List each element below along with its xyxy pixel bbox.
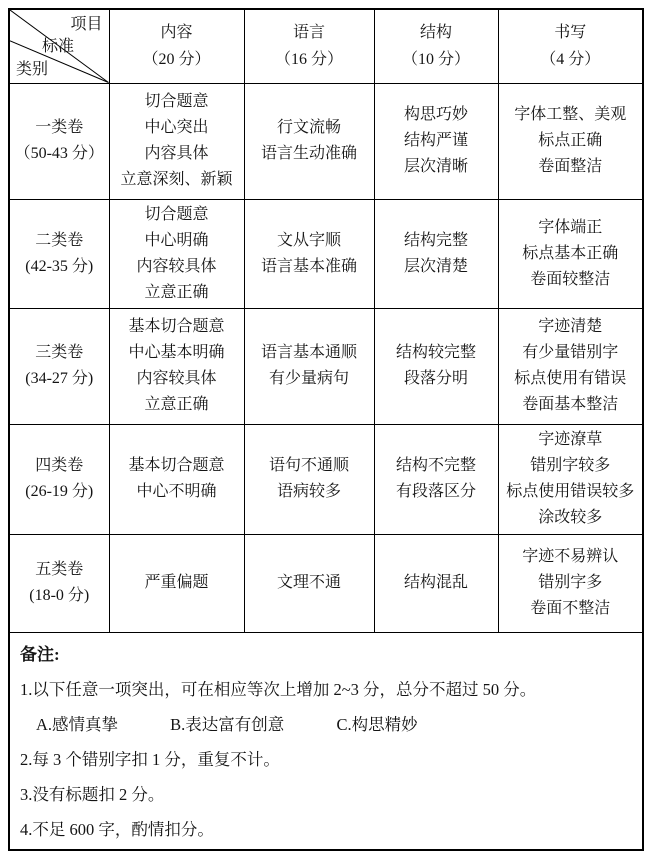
category-score: （50-43 分） bbox=[13, 141, 106, 167]
category-score: (26-19 分) bbox=[13, 479, 106, 505]
criteria-line: 内容较具体 bbox=[113, 366, 241, 392]
criteria-line: 标点使用有错误 bbox=[502, 366, 640, 392]
category-score: (34-27 分) bbox=[13, 366, 106, 392]
category-cell: 二类卷(42-35 分) bbox=[9, 199, 109, 308]
criteria-line: 有段落区分 bbox=[378, 479, 495, 505]
criteria-line: 错别字多 bbox=[502, 570, 640, 596]
criteria-line: 内容较具体 bbox=[113, 254, 241, 280]
criteria-line: 段落分明 bbox=[378, 366, 495, 392]
criteria-line: 卷面较整洁 bbox=[502, 267, 640, 293]
note-item-1: 1.以下任意一项突出，可在相应等次上增加 2~3 分，总分不超过 50 分。 bbox=[20, 677, 630, 703]
criteria-line: 中心不明确 bbox=[113, 479, 241, 505]
criteria-line: 结构严谨 bbox=[378, 128, 495, 154]
rubric-table: 项目 标准 类别 内容 （20 分） 语言 （16 分） 结构 （10 分） bbox=[8, 8, 644, 851]
criteria-line: 字体工整、美观 bbox=[502, 102, 640, 128]
criteria-line: 层次清楚 bbox=[378, 254, 495, 280]
notes-row: 备注: 1.以下任意一项突出，可在相应等次上增加 2~3 分，总分不超过 50 … bbox=[9, 632, 643, 850]
category-label: 一类卷 bbox=[13, 115, 106, 141]
note-option-c: C.构思精妙 bbox=[336, 715, 417, 734]
criteria-line: 语句不通顺 bbox=[248, 453, 371, 479]
writing-criteria-cell: 字迹潦草错别字较多标点使用错误较多涂改较多 bbox=[498, 424, 643, 534]
note-item-3: 3.没有标题扣 2 分。 bbox=[20, 782, 630, 808]
structure-criteria-cell: 结构混乱 bbox=[374, 534, 498, 632]
criteria-line: 立意正确 bbox=[113, 392, 241, 418]
page: 项目 标准 类别 内容 （20 分） 语言 （16 分） 结构 （10 分） bbox=[0, 0, 652, 852]
criteria-line: 切合题意 bbox=[113, 202, 241, 228]
criteria-line: 语言基本准确 bbox=[248, 254, 371, 280]
criteria-line: 涂改较多 bbox=[502, 505, 640, 531]
criteria-line: 字迹清楚 bbox=[502, 314, 640, 340]
language-criteria-cell: 行文流畅语言生动准确 bbox=[244, 83, 374, 199]
criteria-line: 结构混乱 bbox=[378, 570, 495, 596]
criteria-line: 卷面不整洁 bbox=[502, 596, 640, 622]
category-cell: 三类卷(34-27 分) bbox=[9, 308, 109, 424]
column-title: 语言 bbox=[248, 19, 371, 46]
criteria-line: 立意深刻、新颖 bbox=[113, 167, 241, 193]
note-item-2: 2.每 3 个错别字扣 1 分，重复不计。 bbox=[20, 747, 630, 773]
criteria-line: 立意正确 bbox=[113, 280, 241, 306]
structure-criteria-cell: 结构不完整有段落区分 bbox=[374, 424, 498, 534]
category-label: 三类卷 bbox=[13, 340, 106, 366]
criteria-line: 内容具体 bbox=[113, 141, 241, 167]
criteria-line: 字迹不易辨认 bbox=[502, 544, 640, 570]
criteria-line: 标点基本正确 bbox=[502, 241, 640, 267]
table-row: 二类卷(42-35 分)切合题意中心明确内容较具体立意正确文从字顺语言基本准确结… bbox=[9, 199, 643, 308]
criteria-line: 层次清晰 bbox=[378, 154, 495, 180]
category-label: 二类卷 bbox=[13, 228, 106, 254]
criteria-line: 结构不完整 bbox=[378, 453, 495, 479]
criteria-line: 字迹潦草 bbox=[502, 427, 640, 453]
criteria-line: 错别字较多 bbox=[502, 453, 640, 479]
column-score: （4 分） bbox=[502, 46, 640, 73]
corner-label-project: 项目 bbox=[70, 15, 102, 35]
language-criteria-cell: 语句不通顺语病较多 bbox=[244, 424, 374, 534]
category-label: 五类卷 bbox=[13, 557, 106, 583]
category-cell: 五类卷(18-0 分) bbox=[9, 534, 109, 632]
table-row: 五类卷(18-0 分)严重偏题文理不通结构混乱字迹不易辨认错别字多卷面不整洁 bbox=[9, 534, 643, 632]
criteria-line: 基本切合题意 bbox=[113, 453, 241, 479]
column-header-structure: 结构 （10 分） bbox=[374, 9, 498, 83]
criteria-line: 语病较多 bbox=[248, 479, 371, 505]
writing-criteria-cell: 字体端正标点基本正确卷面较整洁 bbox=[498, 199, 643, 308]
note-item-4: 4.不足 600 字，酌情扣分。 bbox=[20, 817, 630, 843]
criteria-line: 卷面整洁 bbox=[502, 154, 640, 180]
table-row: 四类卷(26-19 分)基本切合题意中心不明确语句不通顺语病较多结构不完整有段落… bbox=[9, 424, 643, 534]
criteria-line: 语言基本通顺 bbox=[248, 340, 371, 366]
note-option-a: A.感情真挚 bbox=[36, 715, 118, 734]
table-row: 一类卷（50-43 分）切合题意中心突出内容具体立意深刻、新颖行文流畅语言生动准… bbox=[9, 83, 643, 199]
category-cell: 四类卷(26-19 分) bbox=[9, 424, 109, 534]
writing-criteria-cell: 字迹清楚有少量错别字标点使用有错误卷面基本整洁 bbox=[498, 308, 643, 424]
column-title: 书写 bbox=[502, 19, 640, 46]
criteria-line: 字体端正 bbox=[502, 215, 640, 241]
criteria-line: 行文流畅 bbox=[248, 115, 371, 141]
content-criteria-cell: 基本切合题意中心不明确 bbox=[109, 424, 244, 534]
column-score: （20 分） bbox=[113, 46, 241, 73]
column-header-content: 内容 （20 分） bbox=[109, 9, 244, 83]
content-criteria-cell: 切合题意中心明确内容较具体立意正确 bbox=[109, 199, 244, 308]
corner-label-category: 类别 bbox=[16, 60, 48, 80]
criteria-line: 有少量病句 bbox=[248, 366, 371, 392]
column-header-language: 语言 （16 分） bbox=[244, 9, 374, 83]
category-cell: 一类卷（50-43 分） bbox=[9, 83, 109, 199]
rubric-table-notes: 备注: 1.以下任意一项突出，可在相应等次上增加 2~3 分，总分不超过 50 … bbox=[9, 632, 643, 850]
structure-criteria-cell: 结构完整层次清楚 bbox=[374, 199, 498, 308]
writing-criteria-cell: 字体工整、美观标点正确卷面整洁 bbox=[498, 83, 643, 199]
column-score: （16 分） bbox=[248, 46, 371, 73]
criteria-line: 结构完整 bbox=[378, 228, 495, 254]
column-title: 结构 bbox=[378, 19, 495, 46]
criteria-line: 中心基本明确 bbox=[113, 340, 241, 366]
content-criteria-cell: 严重偏题 bbox=[109, 534, 244, 632]
corner-label-standard: 标准 bbox=[42, 37, 74, 57]
note-option-b: B.表达富有创意 bbox=[170, 715, 284, 734]
category-label: 四类卷 bbox=[13, 453, 106, 479]
language-criteria-cell: 文从字顺语言基本准确 bbox=[244, 199, 374, 308]
structure-criteria-cell: 构思巧妙结构严谨层次清晰 bbox=[374, 83, 498, 199]
criteria-line: 结构较完整 bbox=[378, 340, 495, 366]
criteria-line: 有少量错别字 bbox=[502, 340, 640, 366]
criteria-line: 文从字顺 bbox=[248, 228, 371, 254]
column-title: 内容 bbox=[113, 19, 241, 46]
category-score: (42-35 分) bbox=[13, 254, 106, 280]
content-criteria-cell: 基本切合题意中心基本明确内容较具体立意正确 bbox=[109, 308, 244, 424]
writing-criteria-cell: 字迹不易辨认错别字多卷面不整洁 bbox=[498, 534, 643, 632]
criteria-line: 卷面基本整洁 bbox=[502, 392, 640, 418]
column-score: （10 分） bbox=[378, 46, 495, 73]
header-row: 项目 标准 类别 内容 （20 分） 语言 （16 分） 结构 （10 分） bbox=[9, 9, 643, 83]
structure-criteria-cell: 结构较完整段落分明 bbox=[374, 308, 498, 424]
rubric-table-header: 项目 标准 类别 内容 （20 分） 语言 （16 分） 结构 （10 分） bbox=[9, 9, 643, 83]
table-row: 三类卷(34-27 分)基本切合题意中心基本明确内容较具体立意正确语言基本通顺有… bbox=[9, 308, 643, 424]
rubric-table-body: 一类卷（50-43 分）切合题意中心突出内容具体立意深刻、新颖行文流畅语言生动准… bbox=[9, 83, 643, 632]
language-criteria-cell: 语言基本通顺有少量病句 bbox=[244, 308, 374, 424]
criteria-line: 中心突出 bbox=[113, 115, 241, 141]
category-score: (18-0 分) bbox=[13, 583, 106, 609]
criteria-line: 语言生动准确 bbox=[248, 141, 371, 167]
criteria-line: 文理不通 bbox=[248, 570, 371, 596]
criteria-line: 基本切合题意 bbox=[113, 314, 241, 340]
criteria-line: 标点使用错误较多 bbox=[502, 479, 640, 505]
column-header-writing: 书写 （4 分） bbox=[498, 9, 643, 83]
criteria-line: 切合题意 bbox=[113, 89, 241, 115]
corner-cell: 项目 标准 类别 bbox=[9, 9, 109, 83]
criteria-line: 中心明确 bbox=[113, 228, 241, 254]
notes-cell: 备注: 1.以下任意一项突出，可在相应等次上增加 2~3 分，总分不超过 50 … bbox=[9, 632, 643, 850]
criteria-line: 严重偏题 bbox=[113, 570, 241, 596]
language-criteria-cell: 文理不通 bbox=[244, 534, 374, 632]
content-criteria-cell: 切合题意中心突出内容具体立意深刻、新颖 bbox=[109, 83, 244, 199]
criteria-line: 标点正确 bbox=[502, 128, 640, 154]
criteria-line: 构思巧妙 bbox=[378, 102, 495, 128]
note-options: A.感情真挚 B.表达富有创意 C.构思精妙 bbox=[20, 712, 630, 738]
notes-title: 备注: bbox=[20, 642, 630, 668]
